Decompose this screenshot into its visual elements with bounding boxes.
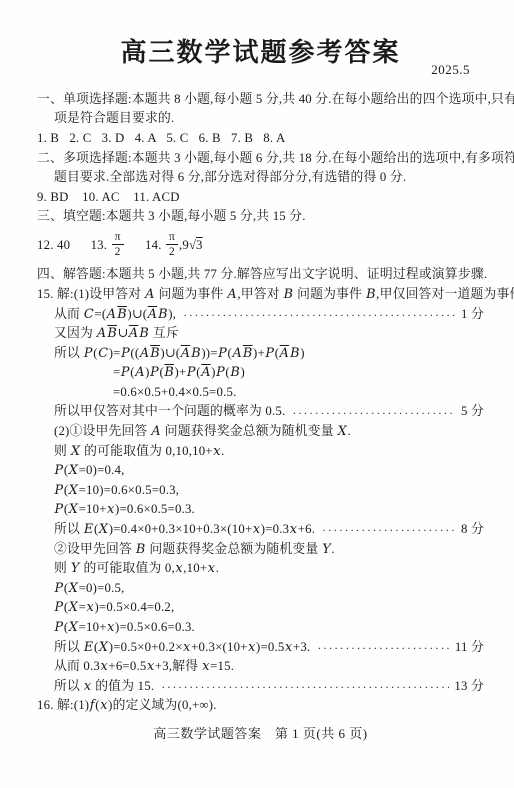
q15-expectation-x: 所以 E(X)=0.4×0+0.3×10+0.3×(10+x)=0.3x+6.8… [37,520,484,540]
text-segment: =10+ [79,502,107,516]
line-content: 一、单项选择题:本题共 8 小题,每小题 5 分,共 40 分.在每小题给出的四… [37,92,514,106]
q15-px0: P(X=0)=0.4, [37,461,484,481]
dot-leader [322,523,456,536]
line-content: 题目要求.全部选对得 6 分,部分选对得部分分,有选错的得 0 分. [54,170,406,184]
line-content: (2)①设甲先回答 A 问题获得奖金总额为随机变量 X. [54,424,351,438]
math-variable: B [283,287,294,302]
math-variable: x [289,522,297,537]
document-page: 高三数学试题参考答案 2025.5 一、单项选择题:本题共 8 小题,每小题 5… [0,0,514,788]
text-segment: ,10+ [183,561,207,575]
text-segment: 又因为 [54,326,96,340]
math-variable: A [139,346,149,361]
text-segment: 14. [125,238,165,252]
text-segment: ∪ [117,326,128,340]
text-segment: =15. [210,659,234,673]
q15-part2-setup-x: (2)①设甲先回答 A 问题获得奖金总额为随机变量 X. [37,422,484,442]
math-variable: B [158,307,169,322]
math-variable: X [68,620,78,635]
text-segment: )+ [175,365,187,379]
text-segment: +6. [298,522,315,536]
math-variable: X [98,522,108,537]
text-segment: 所以 [54,346,83,360]
line-content: 15. 解:(1)设甲答对 A 问题为事件 A,甲答对 B 问题为事件 B,甲仅… [37,287,514,301]
math-variable: P [54,600,64,615]
q15-y-values: 则 Y 的可能取值为 0,x,10+x. [37,559,484,579]
line-content: 二、多项选择题:本题共 3 小题,每小题 6 分,共 18 分.在每小题给出的选… [37,151,514,165]
line-content: P(X=10+x)=0.5×0.6=0.3. [54,620,195,634]
section-four-heading: 四、解答题:本题共 5 小题,共 77 分.解答应写出文字说明、证明过程或演算步… [37,265,484,285]
text-segment: 从而 0.3 [54,659,100,673]
q15-part2-setup-y: ②设甲先回答 B 问题获得奖金总额为随机变量 Y. [37,540,484,560]
answers-multi-choice: 9. BD 10. AC 11. ACD [37,188,484,208]
math-variable: P [54,483,64,498]
q15-prob-c-value: =0.6×0.5+0.4×0.5=0.5. [37,383,484,403]
overlined-variable: B [150,346,161,361]
line-content: 所以甲仅答对其中一个问题的概率为 0.5. [54,402,285,422]
text-segment: 则 [54,444,70,458]
page-footer: 高三数学试题答案 第 1 页(共 6 页) [37,723,484,742]
line-content: 16. 解:(1)f(x)的定义域为(0,+∞). [37,698,217,712]
text-segment: 问题获得奖金总额为随机变量 [161,424,337,438]
q15-solve-x: 从而 0.3x+6=0.5x+3,解得 x=15. [37,657,484,677]
line-content: ②设甲先回答 B 问题获得奖金总额为随机变量 Y. [54,542,335,556]
document-lines: 一、单项选择题:本题共 8 小题,每小题 5 分,共 40 分.在每小题给出的四… [37,90,484,716]
q15-setup: 15. 解:(1)设甲答对 A 问题为事件 A,甲答对 B 问题为事件 B,甲仅… [37,285,484,305]
fraction: π2 [166,231,178,258]
math-variable: P [54,463,64,478]
text-segment: )∪( [160,346,180,360]
math-variable: x [202,659,210,674]
section-two-heading-cont: 题目要求.全部选对得 6 分,部分选对得部分分,有选错的得 0 分. [37,168,484,188]
line-content: 所以 P(C)=P((AB)∪(AB))=P(AB)+P(AB) [54,346,305,360]
text-segment: )的定义域为(0,+∞). [108,698,217,712]
line-content: 1. B 2. C 3. D 4. A 5. C 6. B 7. B 8. A [37,131,285,145]
text-segment: 三、填空题:本题共 3 小题,每小题 5 分,共 15 分. [37,209,306,223]
section-three-heading: 三、填空题:本题共 3 小题,每小题 5 分,共 15 分. [37,207,484,227]
text-segment: 问题获得奖金总额为随机变量 [146,542,322,556]
math-variable: X [68,581,78,596]
text-segment: ) [145,365,149,379]
q15-event-c: 从而 C=(AB)∪(AB),1 分 [37,305,484,325]
line-content: P(X=0)=0.4, [54,463,124,477]
text-segment: =( [94,307,106,321]
text-segment: 则 [54,561,70,575]
score-label: 5 分 [461,402,484,422]
answers-single-choice: 1. B 2. C 3. D 4. A 5. C 6. B 7. B 8. A [37,129,484,149]
math-variable: B [230,365,241,380]
text-segment: . [347,424,350,438]
q16-domain: 16. 解:(1)f(x)的定义域为(0,+∞). [37,696,484,716]
text-segment: 的可能取值为 0, [80,561,175,575]
section-one-heading-cont: 项是符合题目要求的. [37,109,484,129]
text-segment: 问题为事件 [155,287,227,301]
text-segment: 1. B 2. C 3. D 4. A 5. C 6. B 7. B 8. A [37,131,285,145]
text-segment: 12. 40 13. [37,238,111,252]
line-content: 所以 E(X)=0.5×0+0.2×x+0.3×(10+x)=0.5x+3. [54,638,310,658]
math-variable: x [207,561,215,576]
text-segment: )=0.5 [256,640,284,654]
text-segment: 9. BD 10. AC 11. ACD [37,190,180,204]
math-variable: P [54,502,64,517]
text-segment: =0.6×0.5+0.4×0.5=0.5. [113,385,236,399]
text-segment: )=0.5×0+0.2× [109,640,183,654]
overlined-variable: B [117,307,128,322]
text-segment: =0)=0.5, [79,581,125,595]
math-variable: X [68,483,78,498]
q15-pyx: P(X=x)=0.5×0.4=0.2, [37,598,484,618]
text-segment: 二、多项选择题:本题共 3 小题,每小题 6 分,共 18 分.在每小题给出的选… [37,151,514,165]
math-variable: x [175,561,183,576]
line-content: 9. BD 10. AC 11. ACD [37,190,180,204]
overlined-variable: B [107,326,118,341]
text-segment: 的值为 15. [92,679,154,693]
text-segment: ))= [201,346,217,360]
text-segment: )=0.3 [261,522,289,536]
q15-prob-c-expand: 所以 P(C)=P((AB)∪(AB))=P(AB)+P(AB) [37,344,484,364]
math-variable: C [83,307,94,322]
line-content: P(X=10)=0.6×0.5=0.3, [54,483,179,497]
text-segment: 问题为事件 [294,287,366,301]
score-label: 8 分 [461,520,484,540]
math-variable: X [68,600,78,615]
line-content: P(X=10+x)=0.6×0.5=0.3. [54,502,195,516]
dot-leader [317,641,450,654]
text-segment: ) [241,365,245,379]
overlined-variable: A [180,346,190,361]
text-segment: ,9 [179,238,189,252]
line-content: 则 Y 的可能取值为 0,x,10+x. [54,561,219,575]
line-content: 项是符合题目要求的. [54,111,174,125]
text-segment: 从而 [54,307,83,321]
overlined-variable: B [164,365,175,380]
text-segment: (2)①设甲先回答 [54,424,151,438]
line-content: 从而 C=(AB)∪(AB), [54,305,176,325]
line-content: =P(A)P(B)+P(A)P(B) [113,365,245,379]
math-variable: x [107,620,115,635]
overlined-variable: A [128,326,138,341]
math-variable: X [98,640,108,655]
math-variable: x [252,522,260,537]
math-variable: A [151,424,161,439]
line-content: 从而 0.3x+6=0.5x+3,解得 x=15. [54,659,234,673]
text-segment: )= [109,346,121,360]
math-variable: B [191,346,202,361]
text-segment: 一、单项选择题:本题共 8 小题,每小题 5 分,共 40 分.在每小题给出的四… [37,92,514,106]
text-segment: 所以甲仅答对其中一个问题的概率为 0.5. [54,404,285,418]
line-content: 三、填空题:本题共 3 小题,每小题 5 分,共 15 分. [37,209,306,223]
math-variable: X [70,444,80,459]
dot-leader [292,406,456,419]
text-segment: +6=0.5 [108,659,146,673]
math-variable: C [98,346,109,361]
math-variable: A [232,346,242,361]
math-variable: P [54,620,64,635]
q15-conclusion-2: 所以 x 的值为 15.13 分 [37,677,484,697]
math-variable: X [68,502,78,517]
text-segment: )∪( [127,307,147,321]
q15-x-values: 则 X 的可能取值为 0,10,10+x. [37,442,484,462]
math-variable: A [135,365,145,380]
fraction-denominator: 2 [112,245,124,258]
text-segment: +3. [293,640,310,654]
line-content: 则 X 的可能取值为 0,10,10+x. [54,444,225,458]
overlined-variable: A [147,307,157,322]
math-variable: B [135,542,146,557]
math-variable: P [265,346,275,361]
text-segment: =10)=0.6×0.5=0.3, [79,483,180,497]
math-variable: x [83,679,91,694]
line-content: P(X=x)=0.5×0.4=0.2, [54,600,174,614]
math-variable: x [107,502,115,517]
math-variable: E [83,640,94,655]
math-variable: Y [322,542,332,557]
section-two-heading: 二、多项选择题:本题共 3 小题,每小题 6 分,共 18 分.在每小题给出的选… [37,149,484,169]
line-content: =0.6×0.5+0.4×0.5=0.5. [113,385,236,399]
q15-prob-c-product: =P(A)P(B)+P(A)P(B) [37,363,484,383]
text-segment: 四、解答题:本题共 5 小题,共 77 分.解答应写出文字说明、证明过程或演算步… [37,267,487,281]
line-content: 12. 40 13. π2 14. π2,9√3 [37,238,203,252]
fraction-denominator: 2 [166,245,178,258]
line-content: 所以 x 的值为 15. [54,677,154,697]
score-label: 1 分 [461,305,484,325]
text-segment: ) [211,365,215,379]
math-variable: P [216,365,226,380]
score-label: 13 分 [454,677,484,697]
fraction-numerator: π [166,231,178,245]
math-variable: x [285,640,293,655]
text-segment: . [331,542,334,556]
text-segment: )+ [253,346,265,360]
dot-leader [183,308,456,321]
text-segment: ,甲仅回答对一道题为事件 [376,287,514,301]
text-segment: ②设甲先回答 [54,542,135,556]
q15-conclusion-1: 所以甲仅答对其中一个问题的概率为 0.5.5 分 [37,402,484,422]
text-segment: . [221,444,224,458]
overlined-variable: B [242,346,253,361]
math-variable: x [100,698,108,713]
math-variable: Y [70,561,80,576]
answers-fill-blank: 12. 40 13. π2 14. π2,9√3 [37,227,484,265]
math-variable: A [96,326,106,341]
math-variable: P [120,365,130,380]
math-variable: x [183,640,191,655]
line-content: 四、解答题:本题共 5 小题,共 77 分.解答应写出文字说明、证明过程或演算步… [37,267,487,281]
line-content: P(X=0)=0.5, [54,581,124,595]
math-variable: x [248,640,256,655]
text-segment: 题目要求.全部选对得 6 分,部分选对得部分分,有选错的得 0 分. [54,170,406,184]
math-variable: B [366,287,377,302]
overlined-variable: A [279,346,289,361]
text-segment: = [79,600,86,614]
text-segment: 的可能取值为 0,10,10+ [81,444,213,458]
math-variable: A [145,287,155,302]
text-segment: 所以 [54,522,83,536]
text-segment: 互斥 [149,326,178,340]
text-segment: )=0.5×0.4=0.2, [94,600,174,614]
math-variable: P [150,365,160,380]
math-variable: P [121,346,131,361]
math-variable: x [213,444,221,459]
q15-px10x: P(X=10+x)=0.6×0.5=0.3. [37,500,484,520]
math-variable: A [227,287,237,302]
q15-px10: P(X=10)=0.6×0.5=0.3, [37,481,484,501]
text-segment: 项是符合题目要求的. [54,111,174,125]
text-segment: ), [168,307,176,321]
math-variable: P [54,581,64,596]
fraction-numerator: π [112,231,124,245]
text-segment: 所以 [54,640,83,654]
math-variable: P [83,346,93,361]
score-label: 11 分 [455,638,484,658]
text-segment: 15. 解:(1)设甲答对 [37,287,145,301]
q15-py0: P(X=0)=0.5, [37,579,484,599]
text-segment: ) [300,346,304,360]
text-segment: +3,解得 [155,659,202,673]
math-variable: B [139,326,150,341]
line-content: 所以 E(X)=0.4×0+0.3×10+0.3×(10+x)=0.3x+6. [54,520,315,540]
overlined-variable: A [201,365,211,380]
text-segment: +0.3×(10+ [191,640,248,654]
math-variable: P [218,346,228,361]
math-variable: X [68,463,78,478]
math-variable: P [186,365,196,380]
text-segment: =0)=0.4, [79,463,125,477]
math-variable: x [146,659,154,674]
text-segment: )=0.4×0+0.3×10+0.3×(10+ [109,522,253,536]
text-segment: . [216,561,219,575]
text-segment: =10+ [79,620,107,634]
dot-leader [161,680,449,693]
fraction: π2 [112,231,124,258]
text-segment: 16. 解:(1) [37,698,89,712]
text-segment: ,甲答对 [237,287,283,301]
q15-expectation-y: 所以 E(X)=0.5×0+0.2×x+0.3×(10+x)=0.5x+3.11… [37,638,484,658]
sqrt-icon: √ [189,238,196,252]
text-segment: (( [130,346,139,360]
text-segment: )=0.6×0.5=0.3. [115,502,195,516]
q15-py10x: P(X=10+x)=0.5×0.6=0.3. [37,618,484,638]
q15-mutually-exclusive: 又因为 AB∪AB 互斥 [37,324,484,344]
text-segment: )=0.5×0.6=0.3. [115,620,195,634]
text-segment: 所以 [54,679,83,693]
section-one-heading: 一、单项选择题:本题共 8 小题,每小题 5 分,共 40 分.在每小题给出的四… [37,90,484,110]
math-variable: A [106,307,116,322]
math-variable: B [290,346,301,361]
math-variable: X [337,424,347,439]
sqrt-radicand: 3 [196,238,203,252]
line-content: 又因为 AB∪AB 互斥 [54,326,179,340]
math-variable: E [83,522,94,537]
